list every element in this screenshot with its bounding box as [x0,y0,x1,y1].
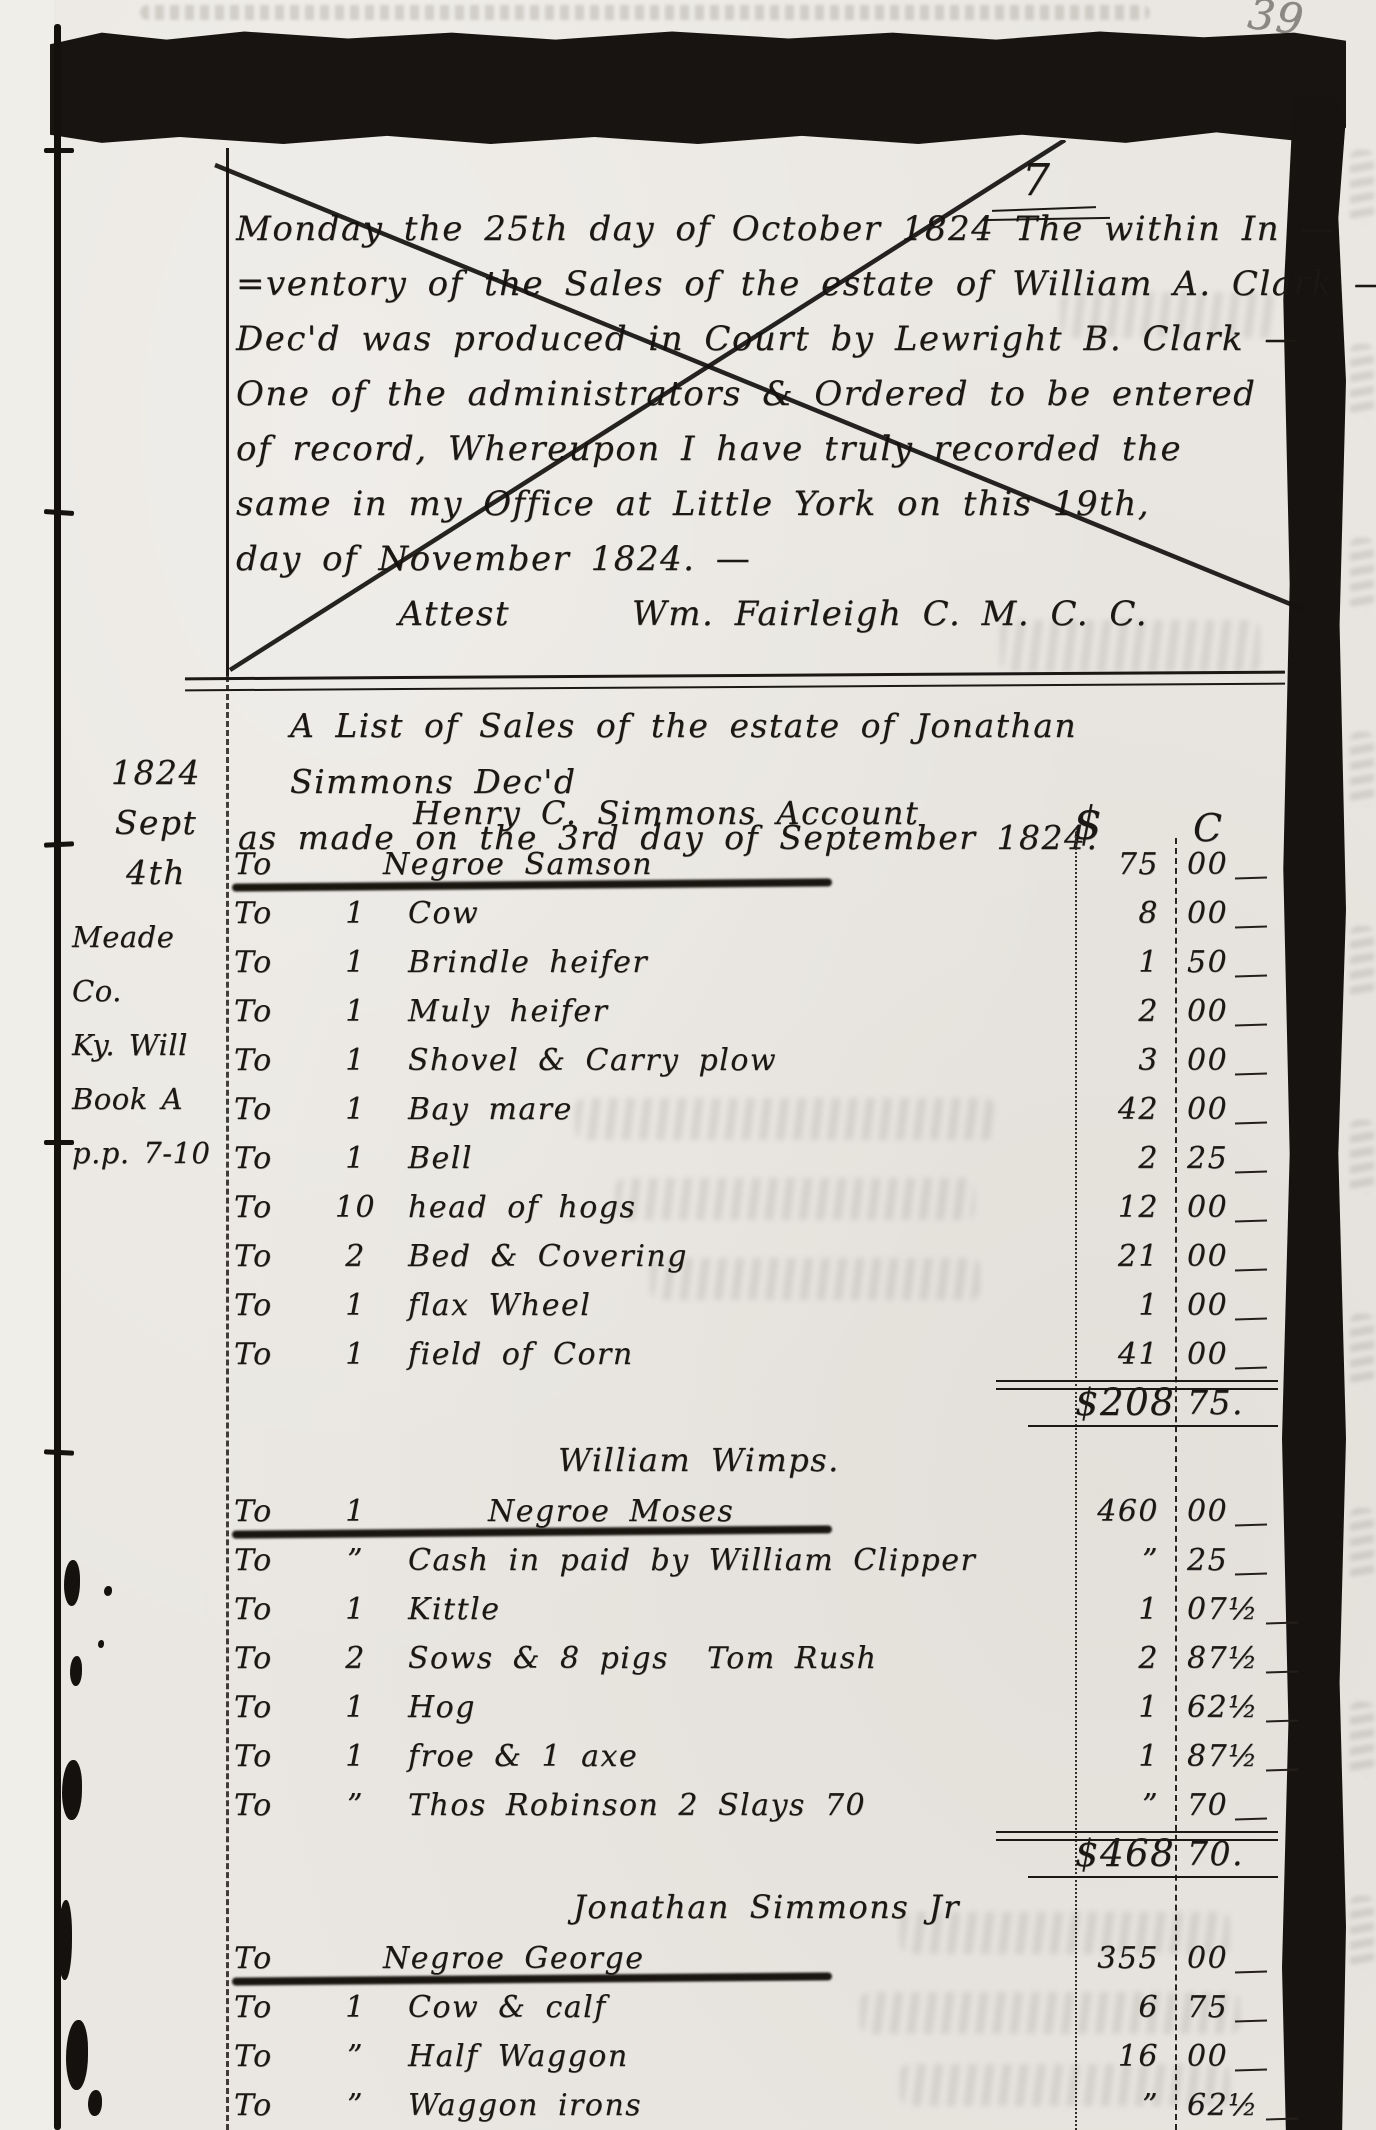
margin-source-line: Book A [72,1072,222,1126]
ledger-dollars: 2 [1075,994,1175,1029]
ledger-qty: ” [303,2039,408,2074]
ledger-dollars: 3 [1075,1043,1175,1078]
ledger-prefix: To [228,1941,303,1976]
ledger-dollars: 1 [1075,1288,1175,1323]
ledger-qty: 10 [303,1190,408,1225]
ledger-prefix: To [228,994,303,1029]
ledger-cents: 62½ [1175,2088,1280,2123]
ledger-item: Kittle [408,1592,1075,1627]
ledger-item: Brindle heifer [408,945,1075,980]
margin-date-line: 4th [96,848,216,898]
ledger-prefix: To [228,1337,303,1372]
ledger-qty: ” [303,2088,408,2123]
ledger-prefix: To [228,1739,303,1774]
ledger-dollars: ” [1075,2088,1175,2123]
account-total: $46870. [228,1830,1280,1876]
ledger-total-dollars: $208 [1075,1381,1175,1424]
ledger-item: Hog [408,1690,1075,1725]
ink-blob [66,2020,88,2090]
ledger-cents: 00 [1175,1092,1280,1127]
ledger-row: To1flax Wheel100 [228,1281,1280,1330]
account-section: William Wimps.To1Negroe Moses46000To”Cas… [228,1437,1280,1876]
ledger-total-cents: 70. [1175,1834,1280,1873]
ledger-item: Half Waggon [408,2039,1075,2074]
ledger-dollars: 41 [1075,1337,1175,1372]
ledger-dollars: 1 [1075,945,1175,980]
account-name: Jonathan Simmons Jr [228,1884,1280,1934]
ledger-prefix: To [228,1043,303,1078]
ledger-prefix: To [228,1190,303,1225]
ledger-qty: 2 [303,1641,408,1676]
ledger-prefix: To [228,1288,303,1323]
account-section: Henry C. Simmons AccountToNegroe Samson7… [228,790,1280,1425]
ledger-row: To2Bed & Covering2100 [228,1232,1280,1281]
ledger-total-dollars: $468 [1075,1832,1175,1875]
margin-date-line: 1824 [96,748,216,798]
ledger-row: To1Hog162½ [228,1683,1280,1732]
ledger-dollars: 460 [1075,1494,1175,1529]
ledger-prefix: To [228,1690,303,1725]
ledger-item: froe & 1 axe [408,1739,1075,1774]
ledger-row: To”Waggon irons”62½ [228,2081,1280,2130]
ledger-prefix: To [228,1788,303,1823]
ledger-qty: 2 [303,1239,408,1274]
cross-out-strokes [180,140,1350,700]
ledger-row: To1Cow & calf675 [228,1983,1280,2032]
ledger-row: ToNegroe George35500 [228,1934,1280,1983]
ledger-dollars: 12 [1075,1190,1175,1225]
account-section: Jonathan Simmons JrToNegroe George35500T… [228,1884,1280,2130]
ledger-cents: 00 [1175,2039,1280,2074]
ledger-row: To1Bay mare4200 [228,1085,1280,1134]
margin-source-line: Ky. Will [72,1018,222,1072]
ledger-row: To1Negroe Moses46000 [228,1487,1280,1536]
ledger-dollars: 355 [1075,1941,1175,1976]
ledger-cents: 25 [1175,1543,1280,1578]
ledger-row: To1Kittle107½ [228,1585,1280,1634]
ledger-dollars: 1 [1075,1690,1175,1725]
ledger-item: Bell [408,1141,1075,1176]
ink-blob [88,2090,102,2116]
ledger-row: To2Sows & 8 pigs Tom Rush287½ [228,1634,1280,1683]
ink-blob [62,1760,82,1820]
ledger-item: Bay mare [408,1092,1075,1127]
ledger-item: Cow [408,896,1075,931]
ledger-row: To1Shovel & Carry plow300 [228,1036,1280,1085]
ledger-cents: 87½ [1175,1641,1280,1676]
ledger-prefix: To [228,847,303,882]
ledger-item: Waggon irons [408,2088,1075,2123]
ledger-item: Muly heifer [408,994,1075,1029]
ledger-qty: 1 [303,1494,408,1529]
ledger-cents: 07½ [1175,1592,1280,1627]
ledger-prefix: To [228,1990,303,2025]
ink-blob [70,1656,82,1686]
ledger-item: Negroe Moses [408,1494,1075,1529]
ledger-cents: 00 [1175,1941,1280,1976]
ledger-row: To10head of hogs1200 [228,1183,1280,1232]
ledger-qty: ” [303,1543,408,1578]
ledger-cents: 00 [1175,1494,1280,1529]
ledger-row: ToNegroe Samson7500 [228,840,1280,889]
ledger-qty: ” [303,1788,408,1823]
ledger-dollars: 8 [1075,896,1175,931]
ledger-dollars: 1 [1075,1739,1175,1774]
ledger-qty: 1 [303,1092,408,1127]
ink-blob [98,1640,104,1648]
account-name: Henry C. Simmons Account [228,790,1280,840]
ledger-table: $ C Henry C. Simmons AccountToNegroe Sam… [228,790,1280,2130]
margin-date-note: 1824Sept4th [96,748,216,898]
ledger-qty: 1 [303,1739,408,1774]
ink-blob [64,1560,80,1606]
ledger-qty: 1 [303,945,408,980]
ledger-prefix: To [228,2039,303,2074]
ledger-cents: 00 [1175,847,1280,882]
ink-blot-top [50,28,1346,144]
pen-tick [44,148,74,153]
ledger-item: Negroe Samson [303,847,1075,882]
margin-source-line: Meade Co. [72,910,222,1018]
ledger-prefix: To [228,2088,303,2123]
ledger-cents: 87½ [1175,1739,1280,1774]
ledger-cents: 00 [1175,994,1280,1029]
ledger-qty: 1 [303,896,408,931]
ledger-item: Shovel & Carry plow [408,1043,1075,1078]
ledger-prefix: To [228,1141,303,1176]
ledger-item: Bed & Covering [408,1239,1075,1274]
ledger-row: To1Muly heifer200 [228,987,1280,1036]
ledger-dollars: 2 [1075,1141,1175,1176]
bleed-through-typed-line [140,5,1150,20]
ledger-cents: 00 [1175,1337,1280,1372]
ledger-item: Cash in paid by William Clipper [408,1543,1075,1578]
paper-left-margin [0,0,54,2130]
ledger-item: Cow & calf [408,1990,1075,2025]
account-name: William Wimps. [228,1437,1280,1487]
ledger-total-cents: 75. [1175,1383,1280,1422]
ledger-dollars: 16 [1075,2039,1175,2074]
ink-blob [58,1900,72,1980]
ledger-row: To”Half Waggon1600 [228,2032,1280,2081]
ledger-cents: 62½ [1175,1690,1280,1725]
ledger-dollars: ” [1075,1543,1175,1578]
ledger-qty: 1 [303,1990,408,2025]
ledger-cents: 25 [1175,1141,1280,1176]
margin-source-line: p.p. 7-10 [72,1126,222,1180]
ink-blob [104,1586,112,1596]
margin-date-line: Sept [96,798,216,848]
ledger-row: To”Thos Robinson 2 Slays 70”70 [228,1781,1280,1830]
ledger-cents: 70 [1175,1788,1280,1823]
ledger-item: Sows & 8 pigs Tom Rush [408,1641,1075,1676]
ledger-prefix: To [228,945,303,980]
pen-tick [44,1140,74,1145]
ledger-prefix: To [228,1543,303,1578]
ledger-cents: 00 [1175,1043,1280,1078]
ledger-item: field of Corn [408,1337,1075,1372]
ledger-cents: 00 [1175,1190,1280,1225]
ledger-row: To1Brindle heifer150 [228,938,1280,987]
ledger-cents: 50 [1175,945,1280,980]
account-total: $20875. [228,1379,1280,1425]
ledger-dollars: 75 [1075,847,1175,882]
ledger-qty: 1 [303,1337,408,1372]
ledger-qty: 1 [303,1288,408,1323]
ledger-row: To1froe & 1 axe187½ [228,1732,1280,1781]
ledger-row: To”Cash in paid by William Clipper”25 [228,1536,1280,1585]
pen-tick [44,841,74,848]
ledger-dollars: 2 [1075,1641,1175,1676]
ledger-row: To1Bell225 [228,1134,1280,1183]
scan-edge-left [54,24,61,2130]
ledger-dollars: 21 [1075,1239,1175,1274]
ledger-qty: 1 [303,1043,408,1078]
ledger-row: To1Cow800 [228,889,1280,938]
ledger-item: flax Wheel [408,1288,1075,1323]
ledger-qty: 1 [303,1690,408,1725]
ledger-item: Negroe George [303,1941,1075,1976]
ledger-cents: 75 [1175,1990,1280,2025]
bleed-through-margin-column [1350,150,1374,1970]
ledger-dollars: 6 [1075,1990,1175,2025]
ledger-prefix: To [228,1239,303,1274]
ledger-prefix: To [228,1641,303,1676]
ledger-prefix: To [228,1592,303,1627]
ledger-cents: 00 [1175,1288,1280,1323]
document-page: { "page": { "corner_number": "39", "page… [0,0,1376,2130]
ledger-prefix: To [228,1092,303,1127]
ledger-cents: 00 [1175,896,1280,931]
ledger-row: To1field of Corn4100 [228,1330,1280,1379]
ledger-prefix: To [228,1494,303,1529]
ledger-item: head of hogs [408,1190,1075,1225]
ledger-cents: 00 [1175,1239,1280,1274]
ledger-dollars: 1 [1075,1592,1175,1627]
ledger-dollars: ” [1075,1788,1175,1823]
ledger-qty: 1 [303,994,408,1029]
margin-source-citation: Meade Co.Ky. WillBook Ap.p. 7-10 [72,910,222,1180]
ledger-dollars: 42 [1075,1092,1175,1127]
ledger-qty: 1 [303,1592,408,1627]
ledger-prefix: To [228,896,303,931]
ledger-item: Thos Robinson 2 Slays 70 [408,1788,1075,1823]
ledger-qty: 1 [303,1141,408,1176]
